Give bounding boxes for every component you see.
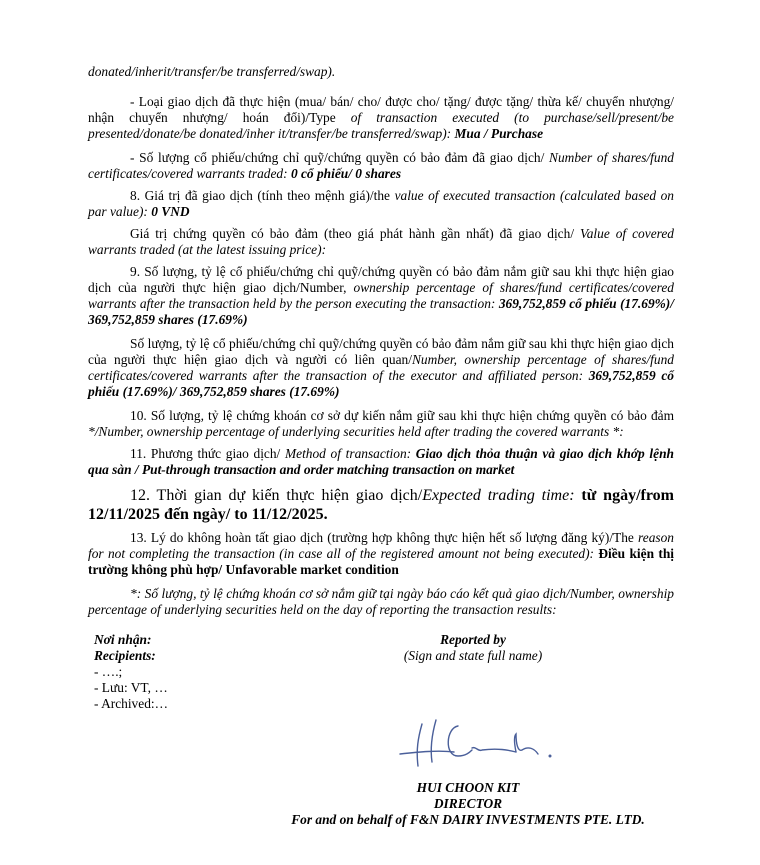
signer-organization: For and on behalf of F&N DAIRY INVESTMEN… (288, 812, 648, 828)
signer-info: HUI CHOON KIT DIRECTOR For and on behalf… (288, 780, 648, 828)
transaction-type-value: Mua / Purchase (454, 126, 543, 141)
transaction-value: 0 VND (151, 204, 189, 219)
text: - Số lượng cổ phiếu/chứng chỉ quỹ/chứng … (130, 150, 549, 165)
text: 8. Giá trị đã giao dịch (tính theo mệnh … (130, 188, 395, 203)
recipient-line: - ….; (94, 664, 168, 680)
text: donated/inherit/transfer/be transferred/… (88, 64, 335, 79)
handwritten-signature (388, 712, 568, 772)
signer-title: DIRECTOR (288, 796, 648, 812)
sign-note: (Sign and state full name) (388, 648, 558, 664)
paragraph-7-continuation: donated/inherit/transfer/be transferred/… (88, 64, 674, 80)
text: 13. Lý do không hoàn tất giao dịch (trườ… (130, 530, 638, 545)
text: 11. Phương thức giao dịch/ (130, 446, 285, 461)
covered-warrants-value: Giá trị chứng quyền có bảo đảm (theo giá… (88, 226, 674, 258)
transaction-type: - Loại giao dịch đã thực hiện (mua/ bán/… (88, 94, 674, 142)
reported-by-label: Reported by (388, 632, 558, 648)
signer-name: HUI CHOON KIT (288, 780, 648, 796)
text: *: Số lượng, tỷ lệ chứng khoán cơ sở nắm… (88, 586, 674, 617)
recipients-label-en: Recipients: (94, 648, 168, 664)
text: */Number, ownership percentage of underl… (88, 424, 624, 439)
recipients-label-vn: Nơi nhận: (94, 632, 168, 648)
text: Giá trị chứng quyền có bảo đảm (theo giá… (130, 226, 580, 241)
item-13-reason: 13. Lý do không hoàn tất giao dịch (trườ… (88, 530, 674, 578)
text: 10. Số lượng, tỷ lệ chứng khoán cơ sở dự… (130, 408, 674, 423)
ownership-with-affiliates: Số lượng, tỷ lệ cổ phiếu/chứng chỉ quỹ/c… (88, 336, 674, 400)
text: Method of transaction: (285, 446, 416, 461)
item-12-trading-time: 12. Thời gian dự kiến thực hiện giao dịc… (88, 486, 674, 524)
shares-traded-value: 0 cổ phiếu/ 0 shares (291, 166, 401, 181)
footnote: *: Số lượng, tỷ lệ chứng khoán cơ sở nắm… (88, 586, 674, 618)
shares-traded: - Số lượng cổ phiếu/chứng chỉ quỹ/chứng … (88, 150, 674, 182)
signature-block: Nơi nhận: Recipients: - ….; - Lưu: VT, …… (88, 632, 674, 862)
text: Expected trading time: (422, 487, 581, 504)
item-11-method: 11. Phương thức giao dịch/ Method of tra… (88, 446, 674, 478)
recipient-line: - Lưu: VT, … (94, 680, 168, 696)
text: 12. Thời gian dự kiến thực hiện giao dịc… (130, 487, 422, 504)
recipient-line: - Archived:… (94, 696, 168, 712)
item-9-ownership-after: 9. Số lượng, tỷ lệ cổ phiếu/chứng chỉ qu… (88, 264, 674, 328)
recipients: Nơi nhận: Recipients: - ….; - Lưu: VT, …… (94, 632, 168, 712)
item-8-transaction-value: 8. Giá trị đã giao dịch (tính theo mệnh … (88, 188, 674, 220)
item-10-underlying-securities: 10. Số lượng, tỷ lệ chứng khoán cơ sở dự… (88, 408, 674, 440)
reported-by: Reported by (Sign and state full name) (388, 632, 558, 664)
